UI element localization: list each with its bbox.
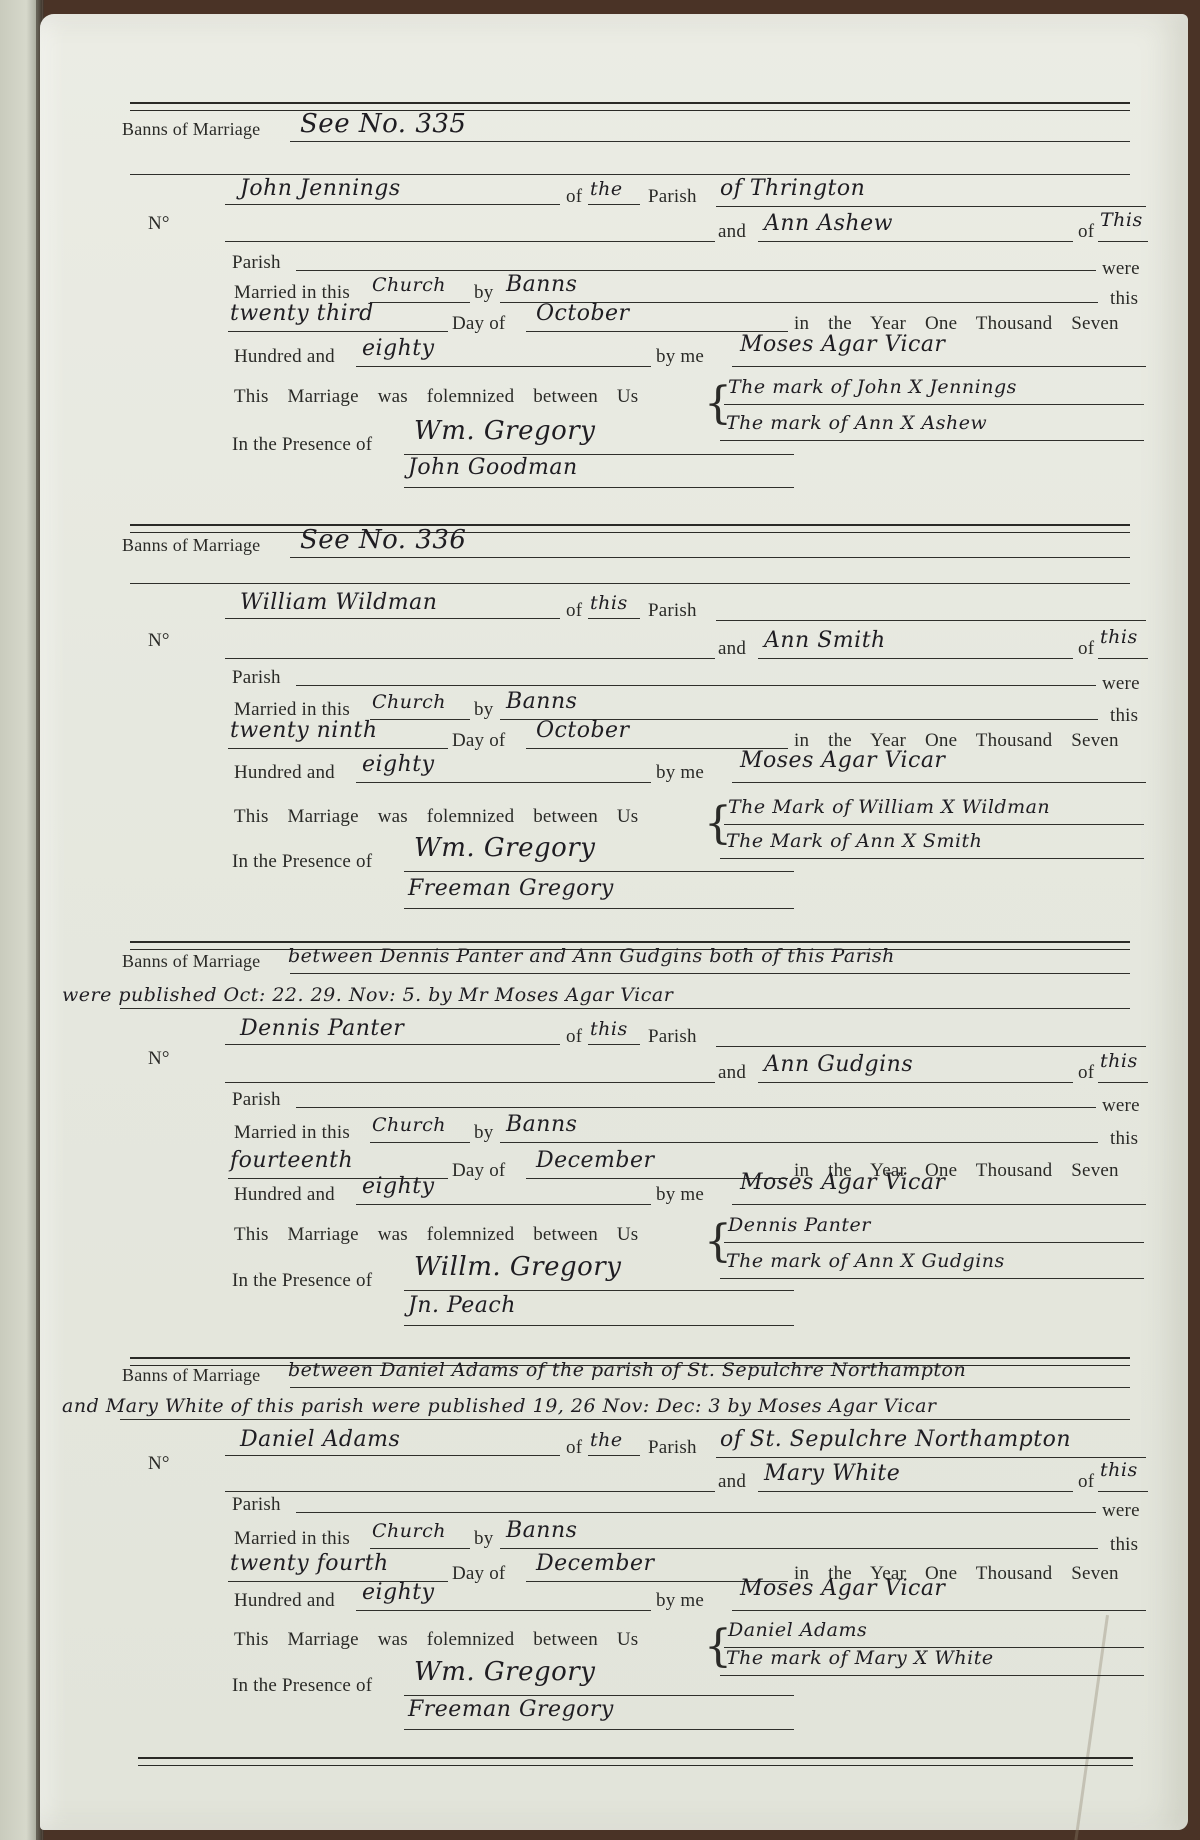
presence-label: In the Presence of — [232, 851, 372, 873]
page-crease — [1074, 1615, 1109, 1840]
groom-parish: of Thrington — [720, 176, 865, 201]
were-label: were — [1102, 1500, 1140, 1522]
groom-name: Daniel Adams — [240, 1427, 400, 1452]
officiant-line — [732, 1204, 1146, 1205]
year-suffix-value: eighty — [362, 1174, 435, 1199]
of-label: of — [1078, 638, 1094, 660]
place-value: Church — [372, 691, 446, 713]
party-signature-2: The mark of Ann X Ashew — [726, 412, 987, 434]
blank-line — [225, 241, 715, 242]
place-line — [370, 302, 470, 303]
officiant-line — [732, 1610, 1146, 1611]
bride-of-value: this — [1100, 1050, 1138, 1072]
place-value: Church — [372, 1520, 446, 1542]
blank-line — [225, 658, 715, 659]
of-label: of — [566, 186, 582, 208]
year-suffix-value: eighty — [362, 1580, 435, 1605]
this-label: this — [1110, 705, 1138, 727]
bride-of-value: this — [1100, 1459, 1138, 1481]
place-line — [370, 719, 470, 720]
witness-1: Willm. Gregory — [414, 1252, 621, 1282]
groom-name: Dennis Panter — [240, 1016, 404, 1041]
officiant-value: Moses Agar Vicar — [740, 748, 945, 773]
this-label: this — [1110, 1128, 1138, 1150]
bride-of-line — [1098, 241, 1148, 242]
by-label: by — [474, 1528, 493, 1550]
method-value: Banns — [506, 689, 577, 714]
married-in-label: Married in this — [234, 1122, 350, 1144]
groom-name-line — [225, 204, 560, 205]
bride-name: Ann Gudgins — [764, 1052, 913, 1077]
and-label: and — [718, 221, 746, 243]
month-value: October — [536, 301, 630, 326]
method-line — [500, 1548, 1098, 1549]
witness-2: Jn. Peach — [408, 1293, 516, 1318]
witness-1: Wm. Gregory — [414, 1657, 595, 1687]
month-value: December — [536, 1148, 654, 1173]
solemnized-label: This Marriage was folemnized between Us — [234, 1629, 638, 1651]
witness-line-1 — [404, 1290, 794, 1291]
signature-line-2 — [720, 1675, 1144, 1676]
witness-1: Wm. Gregory — [414, 833, 595, 863]
of-label: of — [1078, 1062, 1094, 1084]
parish-label: Parish — [648, 1026, 697, 1048]
banns-label: Banns of Marriage — [122, 535, 260, 556]
year-suffix-line — [356, 782, 651, 783]
day-of-label: Day of — [452, 730, 505, 752]
parish-label: Parish — [232, 1089, 281, 1111]
banns-label: Banns of Marriage — [122, 1365, 260, 1386]
entry-number-label: N° — [148, 213, 170, 235]
blank-line — [225, 1082, 715, 1083]
banns-underline — [290, 557, 1130, 558]
day-line — [228, 748, 448, 749]
parish-label: Parish — [232, 667, 281, 689]
were-label: were — [1102, 673, 1140, 695]
year-suffix-line — [356, 1204, 651, 1205]
groom-parish-line — [716, 620, 1146, 621]
signature-line-2 — [720, 858, 1144, 859]
banns-label: Banns of Marriage — [122, 951, 260, 972]
banns-text: between Daniel Adams of the parish of St… — [288, 1359, 966, 1381]
witness-line-1 — [404, 1695, 794, 1696]
method-value: Banns — [506, 1518, 577, 1543]
of-label: of — [1078, 221, 1094, 243]
signature-line-1 — [724, 1242, 1144, 1243]
banns-underline — [290, 141, 1130, 142]
entry-separator-rule — [130, 174, 1130, 175]
signature-line-1 — [724, 404, 1144, 405]
day-value: twenty third — [230, 301, 374, 326]
witness-line-2 — [404, 487, 794, 488]
by-me-label: by me — [656, 1184, 704, 1206]
banns-text: See No. 336 — [300, 525, 466, 555]
by-me-label: by me — [656, 762, 704, 784]
groom-parish-line — [716, 206, 1146, 207]
page-bottom-rule — [138, 1757, 1133, 1766]
were-label: were — [1102, 258, 1140, 280]
banns-continued-underline — [120, 1008, 1130, 1009]
method-value: Banns — [506, 1112, 577, 1137]
banns-label: Banns of Marriage — [122, 119, 260, 140]
parish-line — [296, 1512, 1096, 1513]
hundred-and-label: Hundred and — [234, 1590, 335, 1612]
officiant-value: Moses Agar Vicar — [740, 1576, 945, 1601]
entry-number-label: N° — [148, 1048, 170, 1070]
day-value: fourteenth — [230, 1148, 353, 1173]
bride-of-value: This — [1100, 209, 1143, 231]
signature-line-1 — [724, 824, 1144, 825]
day-of-label: Day of — [452, 313, 505, 335]
party-signature-2: The Mark of Ann X Smith — [726, 830, 982, 852]
witness-1: Wm. Gregory — [414, 416, 595, 446]
groom-of-value: this — [590, 1018, 628, 1040]
groom-of-line — [588, 204, 640, 205]
place-value: Church — [372, 274, 446, 296]
bride-of-line — [1098, 1082, 1148, 1083]
hundred-and-label: Hundred and — [234, 1184, 335, 1206]
banns-text-continued: and Mary White of this parish were publi… — [62, 1395, 936, 1417]
witness-line-2 — [404, 908, 794, 909]
by-me-label: by me — [656, 1590, 704, 1612]
groom-name-line — [225, 618, 560, 619]
bride-of-line — [1098, 1491, 1148, 1492]
bride-of-value: this — [1100, 626, 1138, 648]
parish-line — [296, 685, 1096, 686]
month-value: October — [536, 718, 630, 743]
parish-label: Parish — [648, 600, 697, 622]
witness-2: John Goodman — [408, 455, 578, 480]
party-signature-2: The mark of Ann X Gudgins — [726, 1250, 1005, 1272]
day-of-label: Day of — [452, 1563, 505, 1585]
by-label: by — [474, 1122, 493, 1144]
presence-label: In the Presence of — [232, 434, 372, 456]
parish-label: Parish — [648, 1437, 697, 1459]
parish-label: Parish — [232, 252, 281, 274]
bride-name-line — [758, 1491, 1073, 1492]
parish-label: Parish — [648, 186, 697, 208]
witness-line-2 — [404, 1729, 794, 1730]
of-label: of — [566, 1026, 582, 1048]
party-signature-1: The mark of John X Jennings — [728, 376, 1017, 398]
banns-text-continued: were published Oct: 22. 29. Nov: 5. by M… — [62, 984, 673, 1006]
were-label: were — [1102, 1095, 1140, 1117]
groom-parish-line — [716, 1046, 1146, 1047]
party-signature-2: The mark of Mary X White — [726, 1647, 994, 1669]
bride-of-line — [1098, 658, 1148, 659]
place-value: Church — [372, 1114, 446, 1136]
bride-name: Ann Ashew — [764, 211, 893, 236]
banns-text: between Dennis Panter and Ann Gudgins bo… — [288, 945, 895, 967]
bride-name: Mary White — [764, 1461, 900, 1486]
banns-underline — [290, 973, 1130, 974]
day-of-label: Day of — [452, 1160, 505, 1182]
party-signature-1: The Mark of William X Wildman — [728, 796, 1050, 818]
witness-2: Freeman Gregory — [408, 1697, 614, 1722]
signature-line-2 — [720, 1278, 1144, 1279]
groom-of-line — [588, 1455, 640, 1456]
and-label: and — [718, 1062, 746, 1084]
year-suffix-value: eighty — [362, 336, 435, 361]
solemnized-label: This Marriage was folemnized between Us — [234, 1224, 638, 1246]
place-line — [370, 1548, 470, 1549]
party-signature-1: Dennis Panter — [728, 1214, 871, 1236]
officiant-line — [732, 782, 1146, 783]
bride-name-line — [758, 241, 1073, 242]
banns-continued-underline — [120, 1419, 1130, 1420]
banns-text: See No. 335 — [300, 109, 466, 139]
officiant-value: Moses Agar Vicar — [740, 1170, 945, 1195]
officiant-value: Moses Agar Vicar — [740, 332, 945, 357]
method-value: Banns — [506, 272, 577, 297]
by-label: by — [474, 282, 493, 304]
groom-name: William Wildman — [240, 590, 437, 615]
day-value: twenty fourth — [230, 1551, 389, 1576]
witness-line-1 — [404, 871, 794, 872]
blank-line — [225, 1491, 715, 1492]
solemnized-label: This Marriage was folemnized between Us — [234, 806, 638, 828]
entry-separator-rule — [130, 583, 1130, 584]
entry-number-label: N° — [148, 1453, 170, 1475]
of-label: of — [1078, 1471, 1094, 1493]
married-in-label: Married in this — [234, 1528, 350, 1550]
this-label: this — [1110, 288, 1138, 310]
bride-name-line — [758, 1082, 1073, 1083]
bride-name: Ann Smith — [764, 628, 886, 653]
presence-label: In the Presence of — [232, 1270, 372, 1292]
by-label: by — [474, 699, 493, 721]
parish-line — [296, 1107, 1096, 1108]
year-suffix-line — [356, 1610, 651, 1611]
this-label: this — [1110, 1534, 1138, 1556]
signature-line-2 — [720, 440, 1144, 441]
entry-number-label: N° — [148, 630, 170, 652]
hundred-and-label: Hundred and — [234, 346, 335, 368]
and-label: and — [718, 638, 746, 660]
groom-of-line — [588, 618, 640, 619]
month-value: December — [536, 1551, 654, 1576]
groom-parish: of St. Sepulchre Northampton — [720, 1427, 1071, 1452]
party-signature-1: Daniel Adams — [728, 1619, 867, 1641]
by-me-label: by me — [656, 346, 704, 368]
parish-label: Parish — [232, 1494, 281, 1516]
witness-2: Freeman Gregory — [408, 876, 614, 901]
year-suffix-line — [356, 366, 651, 367]
of-label: of — [566, 600, 582, 622]
year-suffix-value: eighty — [362, 752, 435, 777]
groom-of-value: the — [590, 178, 623, 200]
solemnized-label: This Marriage was folemnized between Us — [234, 386, 638, 408]
of-label: of — [566, 1437, 582, 1459]
parish-line — [296, 270, 1096, 271]
groom-of-line — [588, 1044, 640, 1045]
bride-name-line — [758, 658, 1073, 659]
entry-top-rule — [130, 524, 1130, 533]
hundred-and-label: Hundred and — [234, 762, 335, 784]
witness-line-2 — [404, 1325, 794, 1326]
place-line — [370, 1142, 470, 1143]
groom-name-line — [225, 1455, 560, 1456]
day-line — [228, 331, 448, 332]
officiant-line — [732, 366, 1146, 367]
groom-of-value: the — [590, 1429, 623, 1451]
groom-parish-line — [716, 1457, 1146, 1458]
presence-label: In the Presence of — [232, 1675, 372, 1697]
method-line — [500, 1142, 1098, 1143]
banns-underline — [290, 1387, 1130, 1388]
day-value: twenty ninth — [230, 718, 378, 743]
groom-name: John Jennings — [240, 176, 401, 201]
and-label: and — [718, 1471, 746, 1493]
groom-of-value: this — [590, 592, 628, 614]
groom-name-line — [225, 1044, 560, 1045]
entry-top-rule — [130, 102, 1130, 111]
